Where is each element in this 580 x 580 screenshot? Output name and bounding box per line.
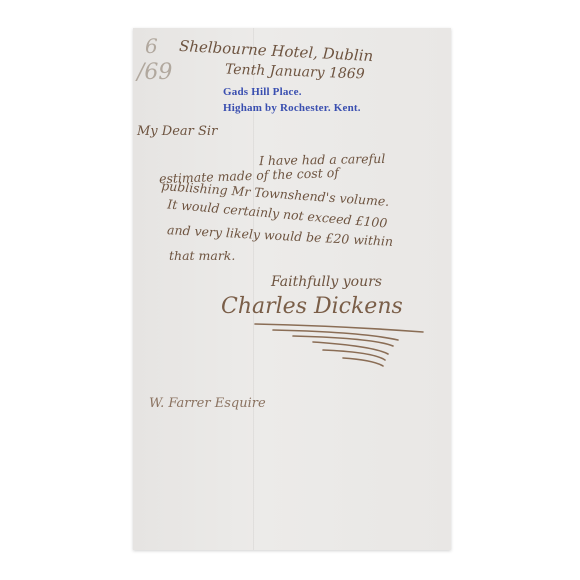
addressee: W. Farrer Esquire: [149, 396, 266, 411]
salutation: My Dear Sir: [137, 124, 217, 139]
letterhead-line-2: Higham by Rochester. Kent.: [223, 102, 361, 114]
letterhead-line-1: Gads Hill Place.: [223, 86, 302, 98]
closing: Faithfully yours: [271, 274, 382, 290]
letter-date: Tenth January 1869: [225, 62, 365, 83]
letter-paper: 6 /69 Shelbourne Hotel, Dublin Tenth Jan…: [133, 28, 451, 550]
body-line-6: that mark.: [169, 248, 235, 263]
signature: Charles Dickens: [221, 294, 403, 319]
letter-place: Shelbourne Hotel, Dublin: [179, 37, 374, 65]
pencil-annotation-top: 6: [145, 34, 158, 58]
signature-flourish: [253, 320, 443, 380]
pencil-annotation-bottom: /69: [137, 60, 172, 85]
